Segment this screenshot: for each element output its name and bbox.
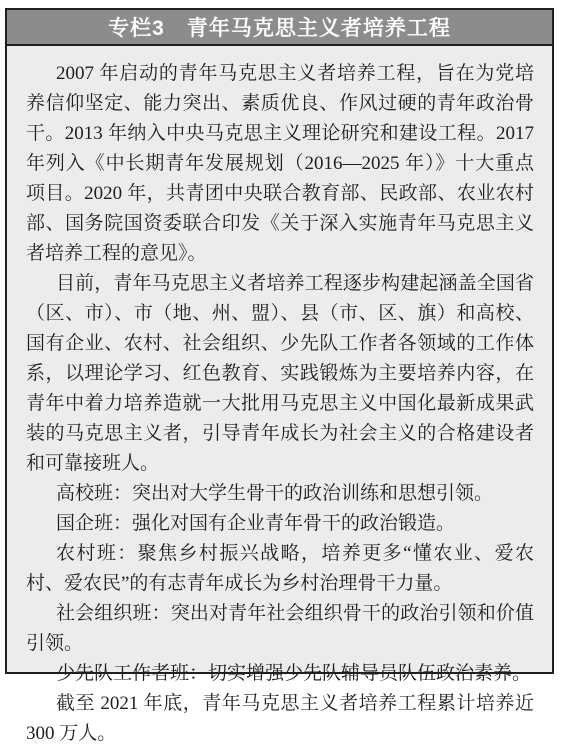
body-paragraph-total: 截至 2021 年底，青年马克思主义者培养工程累计培养近 300 万人。 [26, 689, 534, 749]
column-panel: 专栏3 青年马克思主义者培养工程 2007 年启动的青年马克思主义者培养工程，旨… [5, 8, 554, 674]
body-paragraph-young-pioneers-class: 少先队工作者班：切实增强少先队辅导员队伍政治素养。 [26, 659, 534, 689]
body-paragraph-rural-class: 农村班：聚焦乡村振兴战略，培养更多“懂农业、爱农村、爱农民”的有志青年成长为乡村… [26, 539, 534, 599]
panel-header: 专栏3 青年马克思主义者培养工程 [7, 10, 552, 46]
body-paragraph-intro: 2007 年启动的青年马克思主义者培养工程，旨在为党培养信仰坚定、能力突出、素质… [26, 59, 534, 269]
panel-title: 专栏3 青年马克思主义者培养工程 [108, 12, 451, 42]
body-paragraph-soe-class: 国企班：强化对国有企业青年骨干的政治锻造。 [26, 509, 534, 539]
body-paragraph-social-org-class: 社会组织班：突出对青年社会组织骨干的政治引领和价值引领。 [26, 599, 534, 659]
body-paragraph-university-class: 高校班：突出对大学生骨干的政治训练和思想引领。 [26, 479, 534, 509]
page: { "panel": { "header": { "title": "专栏3 青… [0, 0, 561, 684]
body-paragraph-system: 目前，青年马克思主义者培养工程逐步构建起涵盖全国省（区、市）、市（地、州、盟）、… [26, 269, 534, 479]
panel-body: 2007 年启动的青年马克思主义者培养工程，旨在为党培养信仰坚定、能力突出、素质… [7, 46, 552, 749]
